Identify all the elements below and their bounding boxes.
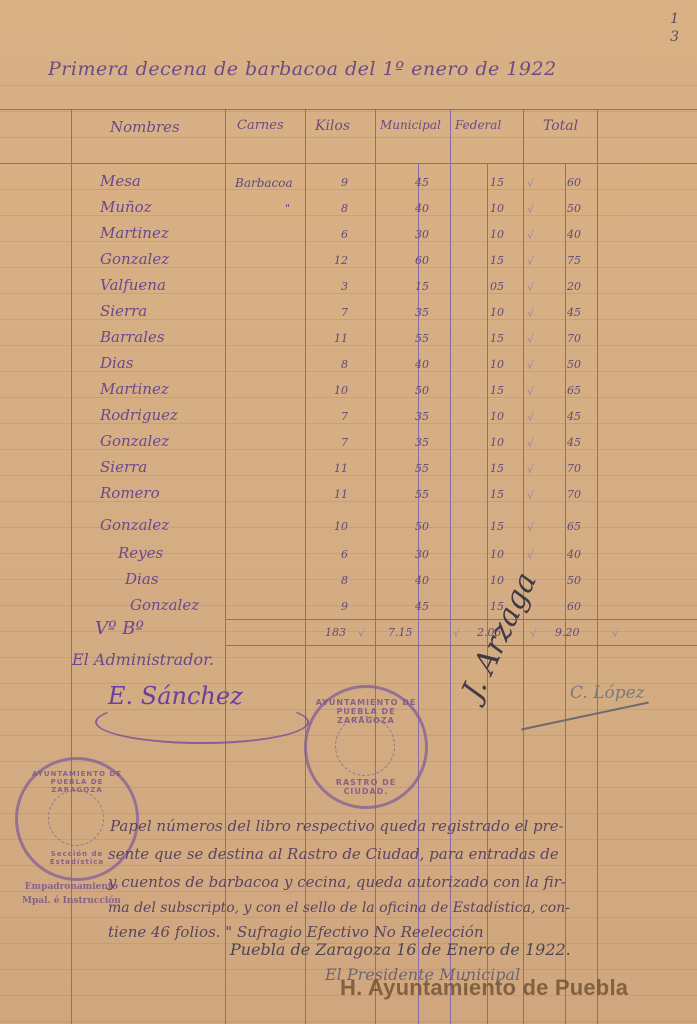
row-municipal: 55 [415, 488, 445, 501]
row-kilos: 10 [320, 520, 348, 533]
row-nombre: Romero [100, 484, 160, 502]
header-total: Total [543, 118, 578, 134]
header-nombres: Nombres [110, 118, 180, 136]
row-municipal: 50 [415, 520, 445, 533]
check-mark: √ [527, 463, 534, 476]
header-federal: Federal [455, 118, 501, 132]
check-mark: √ [527, 281, 534, 294]
row-federal: 10 [490, 202, 520, 215]
row-kilos: 11 [320, 488, 348, 501]
check-mark: √ [527, 489, 534, 502]
header-municipal: Municipal [380, 118, 441, 132]
row-federal: 15 [490, 462, 520, 475]
row-kilos: 12 [320, 254, 348, 267]
row-kilos: 10 [320, 384, 348, 397]
signature-flourish [95, 700, 309, 744]
row-kilos: 8 [320, 358, 348, 371]
stamp-bottom-text: RASTRO DE CIUDAD. [313, 778, 419, 796]
row-kilos: 11 [320, 332, 348, 345]
row-kilos: 6 [320, 548, 348, 561]
row-total: 75 [567, 254, 597, 267]
total-kilos: 183 [310, 626, 346, 639]
row-municipal: 55 [415, 462, 445, 475]
row-municipal: 45 [415, 600, 445, 613]
folio-line-1: 1 [670, 10, 679, 28]
row-kilos: 6 [320, 228, 348, 241]
row-municipal: 55 [415, 332, 445, 345]
stamp-seal-icon [335, 716, 395, 776]
row-kilos: 7 [320, 410, 348, 423]
page-title: Primera decena de barbacoa del 1º enero … [48, 58, 557, 80]
check-mark: √ [527, 411, 534, 424]
stamp-footer: Empadronamiento Mpal. é Instrucción [22, 880, 121, 908]
row-nombre: Sierra [100, 458, 147, 476]
row-federal: 10 [490, 306, 520, 319]
row-total: 50 [567, 202, 597, 215]
signature-lopez: C. López [570, 683, 645, 703]
row-total: 65 [567, 384, 597, 397]
header-carnes: Carnes [237, 118, 284, 133]
check-mark: √ [527, 203, 534, 216]
row-nombre: Rodriguez [100, 406, 178, 424]
row-nombre: Dias [125, 570, 158, 588]
row-carnes: Barbacoa [235, 176, 293, 190]
row-federal: 15 [490, 520, 520, 533]
row-nombre: Gonzalez [100, 516, 169, 534]
totals-top-border [225, 619, 697, 620]
paragraph-line: y cuentos de barbacoa y cecina, queda au… [108, 868, 677, 896]
stamp-ring-text: AYUNTAMIENTO DE PUEBLA DE ZARAGOZA [24, 770, 130, 794]
check-mark: √ [527, 359, 534, 372]
stamp-eagle-icon [48, 790, 104, 846]
row-federal: 15 [490, 332, 520, 345]
row-municipal: 60 [415, 254, 445, 267]
row-federal: 10 [490, 410, 520, 423]
row-total: 40 [567, 548, 597, 561]
total-municipal: 7.15 [388, 626, 438, 639]
header-kilos: Kilos [315, 118, 350, 134]
ledger-page: 1 3 Primera decena de barbacoa del 1º en… [0, 0, 697, 1024]
row-total: 70 [567, 488, 597, 501]
totals-bottom-border [225, 645, 697, 646]
row-nombre: Valfuena [100, 276, 166, 294]
watermark: H. Ayuntamiento de Puebla [340, 975, 628, 1001]
row-federal: 10 [490, 436, 520, 449]
check-mark: √ [612, 627, 619, 640]
check-mark: √ [527, 255, 534, 268]
row-nombre: Mesa [100, 172, 141, 190]
row-nombre: Sierra [100, 302, 147, 320]
row-total: 65 [567, 520, 597, 533]
row-nombre: Dias [100, 354, 133, 372]
row-municipal: 40 [415, 202, 445, 215]
check-mark: √ [527, 385, 534, 398]
row-kilos: 8 [320, 202, 348, 215]
row-total: 40 [567, 228, 597, 241]
row-total: 60 [567, 176, 597, 189]
row-total: 45 [567, 410, 597, 423]
row-nombre: Martinez [100, 224, 169, 242]
row-municipal: 50 [415, 384, 445, 397]
folio-line-2: 3 [670, 28, 679, 46]
row-federal: 15 [490, 176, 520, 189]
row-nombre: Barrales [100, 328, 165, 346]
row-total: 70 [567, 462, 597, 475]
row-nombre: Martinez [100, 380, 169, 398]
row-municipal: 35 [415, 410, 445, 423]
paragraph-line: Papel números del libro respectivo queda… [110, 812, 677, 840]
table-top-border [0, 109, 697, 110]
rastro-stamp: AYUNTAMIENTO DE PUEBLA DE ZARAGOZA RASTR… [304, 685, 428, 809]
check-mark: √ [453, 627, 460, 640]
check-mark: √ [527, 307, 534, 320]
table-header-border [0, 163, 697, 164]
row-municipal: 15 [415, 280, 445, 293]
check-mark: √ [527, 333, 534, 346]
stamp-footer-line-1: Empadronamiento [22, 880, 121, 894]
total-total: 9.20 [555, 626, 595, 639]
row-municipal: 30 [415, 548, 445, 561]
check-mark: √ [527, 437, 534, 450]
row-kilos: 7 [320, 306, 348, 319]
stamp-footer-line-2: Mpal. é Instrucción [22, 894, 121, 908]
row-municipal: 30 [415, 228, 445, 241]
row-total: 20 [567, 280, 597, 293]
row-carnes: " [285, 202, 290, 215]
row-nombre: Gonzalez [100, 432, 169, 450]
check-mark: √ [527, 177, 534, 190]
row-federal: 15 [490, 488, 520, 501]
check-mark: √ [527, 549, 534, 562]
check-mark: √ [530, 627, 537, 640]
row-municipal: 40 [415, 358, 445, 371]
row-kilos: 8 [320, 574, 348, 587]
row-kilos: 3 [320, 280, 348, 293]
row-federal: 15 [490, 254, 520, 267]
row-total: 50 [567, 574, 597, 587]
row-municipal: 40 [415, 574, 445, 587]
place-date: Puebla de Zaragoza 16 de Enero de 1922. [230, 940, 571, 959]
row-total: 45 [567, 436, 597, 449]
check-mark: √ [527, 521, 534, 534]
row-nombre: Reyes [118, 544, 163, 562]
row-federal: 15 [490, 384, 520, 397]
stamp-ring-text: AYUNTAMIENTO DE PUEBLA DE ZARAGOZA [313, 698, 419, 725]
row-nombre: Gonzalez [100, 250, 169, 268]
row-kilos: 7 [320, 436, 348, 449]
row-nombre: Gonzalez [130, 596, 199, 614]
check-mark: √ [358, 627, 365, 640]
administrator-label: El Administrador. [72, 650, 214, 669]
row-municipal: 35 [415, 436, 445, 449]
row-municipal: 35 [415, 306, 445, 319]
visto-bueno: Vº Bº [95, 618, 144, 639]
row-municipal: 45 [415, 176, 445, 189]
row-kilos: 11 [320, 462, 348, 475]
row-federal: 10 [490, 358, 520, 371]
row-total: 70 [567, 332, 597, 345]
folio-number: 1 3 [670, 10, 679, 46]
row-total: 50 [567, 358, 597, 371]
row-federal: 05 [490, 280, 520, 293]
row-total: 60 [567, 600, 597, 613]
row-nombre: Muñoz [100, 198, 152, 216]
row-kilos: 9 [320, 176, 348, 189]
paragraph-line: sente que se destina al Rastro de Ciudad… [108, 840, 677, 868]
check-mark: √ [527, 229, 534, 242]
row-total: 45 [567, 306, 597, 319]
row-kilos: 9 [320, 600, 348, 613]
row-federal: 10 [490, 228, 520, 241]
row-federal: 10 [490, 548, 520, 561]
